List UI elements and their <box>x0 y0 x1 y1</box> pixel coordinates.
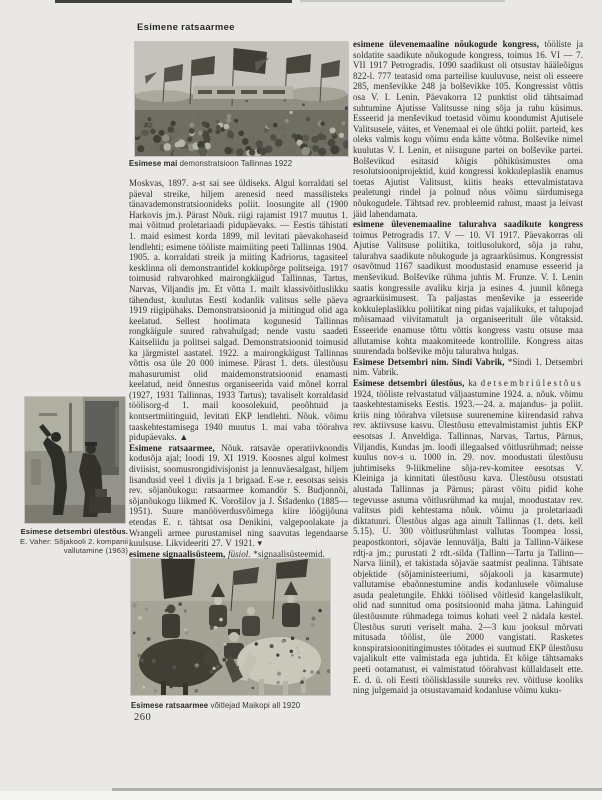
cavalry-caption: Esimese ratsaarmee võitlejad Maikopi all… <box>131 701 343 711</box>
scan-edge-bottom-white <box>0 791 602 800</box>
entry-mai-continuation: Moskvas, 1897. a-st sai see üldiseks. Al… <box>129 178 348 443</box>
scan-edge-top-dark <box>55 0 292 3</box>
signaal-qualifier: füsiol. <box>225 549 253 559</box>
cavalry-caption-bold: Esimese ratsaarmee <box>131 701 208 710</box>
kongress1-headword: esimene ülevenemaaline nõukogude kongres… <box>353 39 539 49</box>
uprising-painting <box>25 397 125 523</box>
demonstration-caption-bold: Esimese mai <box>129 159 177 168</box>
signaal-text: *signaalisüsteemid. <box>253 549 325 559</box>
kongress1-text: tööliste ja soldatite saadikute nõukogud… <box>353 39 583 219</box>
uprising-painting-svg <box>25 397 125 523</box>
entry-sindi-vabrik: Esimese Detsembri nim. Sindi Vabrik, *Si… <box>353 357 583 378</box>
ulestous-ka: ka <box>464 378 480 388</box>
sindi-headword: Esimese Detsembri nim. Sindi Vabrik, <box>353 357 505 367</box>
uprising-painting-caption: Esimese detsembri ülestõus. E. Vaher: Sõ… <box>18 527 128 556</box>
ulestous-headword: Esimese detsembri ülestõus, <box>353 378 464 388</box>
entry-esimene-ratsaarmee: Esimene ratsaarmee, Nõuk. ratsaväe opera… <box>129 443 348 549</box>
ratsaarmee-text: Nõuk. ratsaväe operatiivkoondis kodusõja… <box>129 443 348 548</box>
kongress2-headword: esimene ülevenemaaline talurahva saadiku… <box>353 219 583 229</box>
cavalry-caption-rest: võitlejad Maikopi all 1920 <box>208 701 300 710</box>
left-column: Moskvas, 1897. a-st sai see üldiseks. Al… <box>129 178 348 559</box>
scan-edge-top-light <box>300 0 505 2</box>
page-number: 260 <box>134 712 151 723</box>
entry-nuukogude-kongress: esimene ülevenemaaline nõukogude kongres… <box>353 39 583 219</box>
ulestous-spaced-term: detsembriülestõus <box>481 378 583 388</box>
uprising-caption-rest: E. Vaher: Sõjakooli 2. kompanii vallutam… <box>20 537 128 556</box>
kongress2-text: toimus Petrogradis 17. V — 10. VI 1917. … <box>353 230 583 357</box>
encyclopedia-page: Esimene ratsaarmee <box>0 0 602 800</box>
ulestous-text: 1924, tööliste relvastatud väljaastumine… <box>353 389 583 696</box>
demonstration-photo-svg <box>135 42 348 156</box>
signaal-headword: esimene signaalisüsteem, <box>129 549 225 559</box>
demonstration-caption: Esimese mai demonstratsioon Tallinnas 19… <box>129 159 342 169</box>
demonstration-caption-rest: demonstratsioon Tallinnas 1922 <box>177 159 292 168</box>
ratsaarmee-headword: Esimene ratsaarmee, <box>129 443 215 453</box>
uprising-caption-bold: Esimese detsembri ülestõus. <box>21 527 128 536</box>
mai-text: Moskvas, 1897. a-st sai see üldiseks. Al… <box>129 178 348 442</box>
right-column: esimene ülevenemaaline nõukogude kongres… <box>353 39 583 696</box>
entry-detsembri-ulestous: Esimese detsembri ülestõus, ka detsembri… <box>353 378 583 696</box>
entry-signaalisusteem: esimene signaalisüsteem, füsiol. *signaa… <box>129 549 348 560</box>
entry-talurahva-kongress: esimene ülevenemaaline talurahva saadiku… <box>353 219 583 357</box>
running-head: Esimene ratsaarmee <box>137 22 235 33</box>
cavalry-photo <box>131 559 330 695</box>
cavalry-photo-svg <box>131 559 330 695</box>
demonstration-photo <box>135 42 348 156</box>
